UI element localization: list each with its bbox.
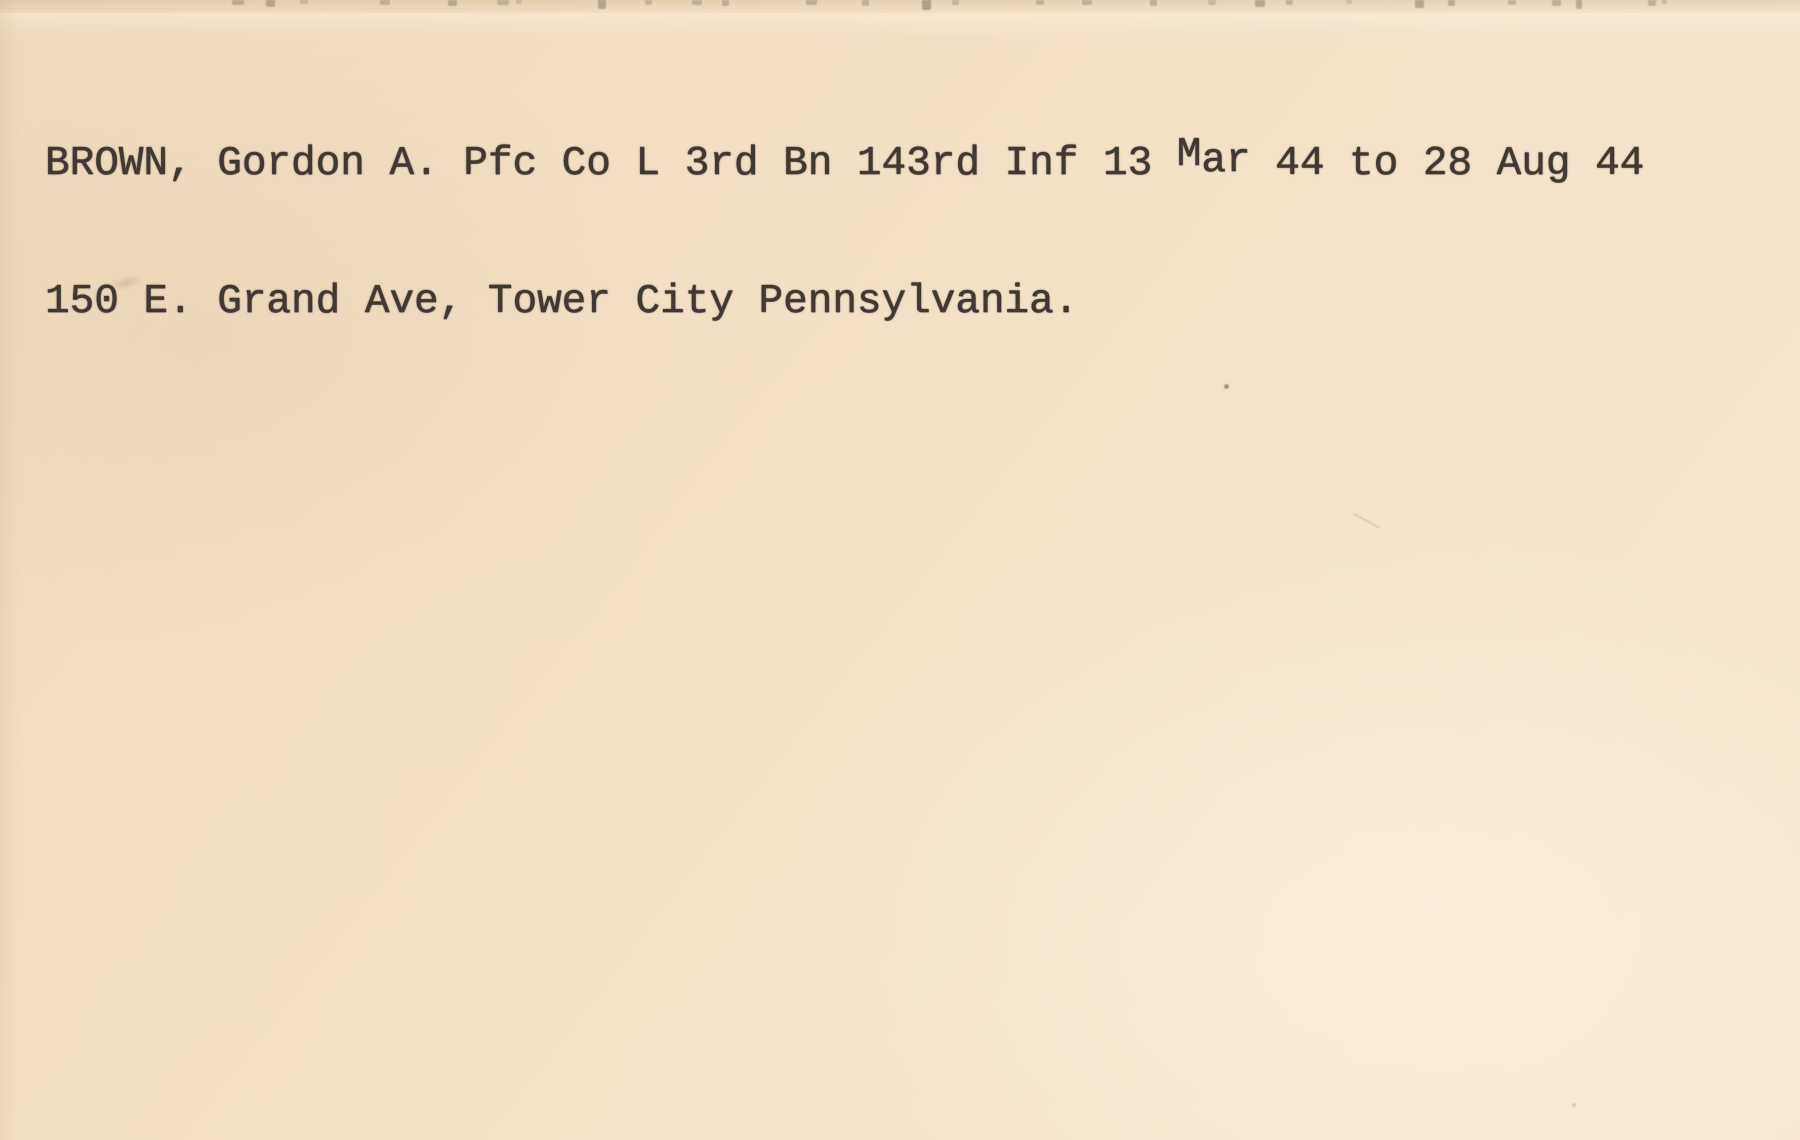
cutoff-glyph-mark [300,0,308,4]
month-rest-raised: ar [1201,138,1250,184]
cutoff-glyph-mark [692,0,702,5]
cutoff-glyph-mark [1150,0,1157,6]
cutoff-glyph-mark [516,0,522,4]
cutoff-glyph-mark [1576,0,1582,9]
service-dates-text: 44 to 28 Aug 44 [1251,141,1645,187]
paper-scratch [1353,513,1380,529]
cutoff-glyph-mark [1552,0,1561,6]
cutoff-glyph-mark [1255,0,1265,7]
typed-text-block: BROWN, Gordon A. Pfc Co L 3rd Bn 143rd I… [45,49,1644,417]
cutoff-glyph-mark [497,0,509,5]
cutoff-glyph-mark [1208,0,1216,5]
cutoff-glyph-mark [645,0,652,5]
cutoff-glyph-mark [806,0,817,5]
cutoff-text-fragment [0,0,1800,14]
cutoff-glyph-mark [266,0,275,7]
cutoff-glyph-mark [1508,0,1516,5]
index-card-scan: BROWN, Gordon A. Pfc Co L 3rd Bn 143rd I… [0,0,1800,1140]
cutoff-glyph-mark [1448,0,1455,6]
cutoff-glyph-mark [232,0,244,5]
cutoff-glyph-mark [1662,0,1667,4]
paper-speck [1224,384,1229,389]
left-edge-shading [0,0,20,1140]
cutoff-glyph-mark [1036,0,1044,5]
service-record-line: BROWN, Gordon A. Pfc Co L 3rd Bn 143rd I… [45,141,1644,187]
cutoff-glyph-mark [1082,0,1092,5]
month-initial-raised: M [1177,132,1202,178]
cutoff-glyph-mark [380,0,390,5]
cutoff-glyph-mark [922,0,931,10]
card-top-edge-highlight [0,13,1800,37]
cutoff-glyph-mark [1346,0,1352,4]
address-line: 150 E. Grand Ave, Tower City Pennsylvani… [45,279,1644,325]
paper-speck [1572,1103,1576,1107]
cutoff-glyph-mark [722,0,729,6]
cutoff-glyph-mark [1286,0,1293,5]
cutoff-glyph-mark [598,0,606,9]
cutoff-glyph-mark [448,0,457,6]
cutoff-glyph-mark [1415,0,1424,8]
cutoff-glyph-mark [952,0,959,5]
cutoff-glyph-mark [1648,0,1656,6]
cutoff-glyph-mark [862,0,869,6]
service-record-text: BROWN, Gordon A. Pfc Co L 3rd Bn 143rd I… [45,141,1177,187]
